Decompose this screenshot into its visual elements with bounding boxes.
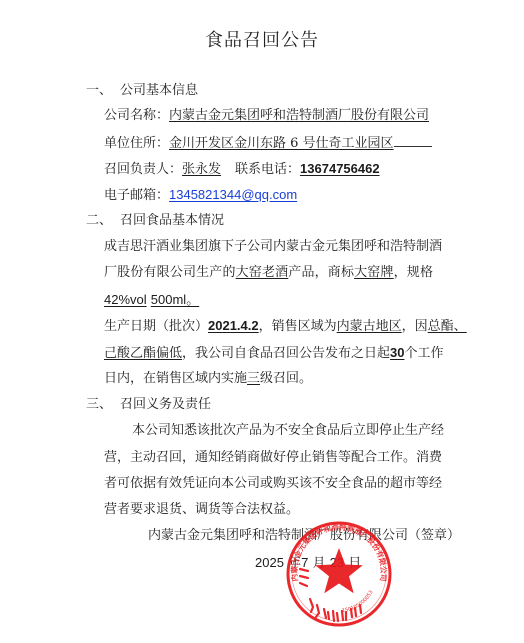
section-2-para1-line3: 42%vol 500ml。 (104, 291, 199, 310)
batch-date: 2021.4.2 (208, 318, 259, 333)
product-name: 大窑老酒 (236, 265, 289, 280)
sales-region: 内蒙古地区 (337, 319, 402, 334)
text: 日内，在销售区域内实施 (104, 371, 247, 386)
underline-blank (394, 133, 432, 147)
phone-value: 13674756462 (300, 161, 380, 176)
company-name-row: 公司名称：内蒙古金元集团呼和浩特制酒厂股份有限公司 (104, 107, 429, 125)
field-label: 电子邮箱： (104, 188, 169, 203)
section-title: 公司基本信息 (120, 83, 198, 98)
company-name-value: 内蒙古金元集团呼和浩特制酒厂股份有限公司 (169, 108, 429, 123)
star-icon (315, 548, 363, 593)
email-link[interactable]: 1345821344@qq.com (169, 187, 297, 202)
field-label: 公司名称： (104, 108, 169, 123)
address-value: 金川开发区金川东路 6 号仕奇工业园区 (169, 136, 394, 151)
section-title: 召回食品基本情况 (120, 213, 224, 228)
section-2-para2-line1: 生产日期（批次）2021.4.2，销售区域为内蒙古地区，因总酯、 (104, 317, 433, 336)
brand-name: 大窑牌 (354, 265, 394, 280)
section-2-para1-line2: 厂股份有限公司生产的大窑老酒产品，商标大窑牌，规格 (104, 264, 433, 282)
date-year: 2025 (255, 555, 284, 570)
section-number: 二、 (86, 212, 120, 230)
text: ，销售区域为 (259, 319, 337, 334)
text: ，因 (402, 319, 428, 334)
text: ，我公司自食品召回公告发布之日起 (182, 346, 390, 361)
contact-person-value: 张永发 (182, 162, 221, 177)
spec-volume: 500ml。 (151, 292, 199, 307)
recall-level: 三 (247, 371, 260, 386)
contact-row: 召回负责人：张永发联系电话：13674756462 (104, 160, 380, 179)
text: 个工作 (405, 346, 444, 361)
recall-reason-part1: 总酯、 (428, 319, 467, 334)
document-title: 食品召回公告 (0, 26, 524, 52)
section-3-line3: 者可依据有效凭证向本公司或购买该不安全食品的超市等经 (104, 475, 433, 493)
section-3-heading: 三、召回义务及责任 (86, 396, 211, 414)
text: 生产日期（批次） (104, 319, 208, 334)
field-label: 召回负责人： (104, 162, 182, 177)
section-2-para1-line1: 成吉思汗酒业集团旗下子公司内蒙古金元集团呼和浩特制酒 (104, 238, 433, 256)
text: ，规格 (394, 265, 433, 280)
section-3-line1: 本公司知悉该批次产品为不安全食品后立即停止生产经 (132, 422, 433, 440)
section-2-heading: 二、召回食品基本情况 (86, 212, 224, 230)
section-3-line2: 营，主动召回，通知经销商做好停止销售等配合工作。消费 (104, 449, 433, 467)
section-2-para2-line2: 己酸乙酯偏低，我公司自食品召回公告发布之日起30个工作 (104, 344, 433, 363)
recall-reason-part2: 己酸乙酯偏低 (104, 346, 182, 361)
spec-abv: 42%vol (104, 292, 147, 307)
field-label: 单位住所： (104, 136, 169, 151)
section-1-heading: 一、公司基本信息 (86, 82, 198, 100)
text: 厂股份有限公司生产的 (104, 265, 236, 280)
text: 产品，商标 (288, 265, 354, 280)
address-row: 单位住所：金川开发区金川东路 6 号仕奇工业园区 (104, 133, 432, 153)
field-label: 联系电话： (235, 162, 300, 177)
section-3-line4: 营者要求退货、调货等合法权益。 (104, 501, 299, 519)
text: 级召回。 (260, 371, 312, 386)
email-row: 电子邮箱：1345821344@qq.com (104, 186, 297, 205)
company-seal-stamp: 内蒙古金元集团呼和浩特制酒厂股份有限公司 1501050000539 (284, 519, 394, 629)
section-number: 一、 (86, 82, 120, 100)
section-2-para2-line3: 日内，在销售区域内实施三级召回。 (104, 370, 312, 388)
section-number: 三、 (86, 396, 120, 414)
recall-notice-page: 食品召回公告 一、公司基本信息 公司名称：内蒙古金元集团呼和浩特制酒厂股份有限公… (0, 0, 524, 643)
working-days: 30 (390, 345, 404, 360)
section-title: 召回义务及责任 (120, 397, 211, 412)
